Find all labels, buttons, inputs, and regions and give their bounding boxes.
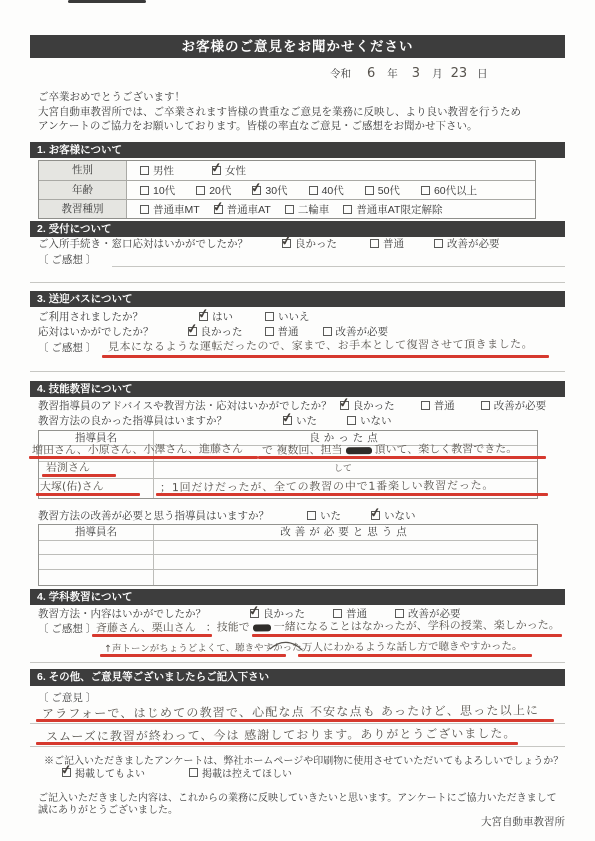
month-value: 3 (412, 66, 420, 81)
checkbox-bus-improve[interactable] (323, 327, 332, 336)
option-bus-yes[interactable]: はい (199, 309, 233, 324)
course-row: 教習種別 普通車MT 普通車AT 二輪車 普通車AT限定解除 (39, 199, 535, 218)
checkbox-reception-normal[interactable] (370, 239, 379, 248)
option-course-mt-label: 普通車MT (153, 202, 200, 217)
option-publish-no-label: 掲載は控えてほしい (202, 765, 292, 780)
checkbox-improve-instructor-yes[interactable] (307, 511, 316, 520)
other-comment-label: 〔 ご意見 〕 (38, 690, 96, 705)
improve-table-col-name: 指導員名 (39, 525, 154, 540)
academic-comment2b-handwriting: 万人にわかるような話し方で聴きやすかった。 (302, 638, 523, 655)
skill-q3-line: 教習方法の改善が必要と思う指導員はいますか？ いた いない (38, 508, 416, 523)
era-label: 令和 (330, 66, 351, 81)
checkbox-bus-normal[interactable] (265, 327, 274, 336)
checkbox-course-at[interactable] (214, 205, 223, 214)
option-good-instructor-yes[interactable]: いた (283, 413, 317, 428)
option-improve-instructor-yes-label: いた (320, 508, 341, 523)
checkbox-improve-instructor-no[interactable] (371, 511, 380, 520)
bus-service-question: 応対はいかがでしたか？ (38, 324, 154, 339)
bus-comment-label: 〔 ご感想 〕 (38, 340, 96, 355)
option-course-moto-label: 二輪車 (298, 202, 330, 217)
option-age-60s-label: 60代以上 (434, 183, 477, 198)
option-female-label: 女性 (225, 163, 246, 178)
option-age-40s-label: 40代 (322, 183, 344, 198)
good-point-suffix: 頂いて、楽しく教習できた。 (374, 442, 517, 456)
red-underline (100, 654, 286, 657)
academic-mid: ：技能で (206, 621, 250, 634)
academic-names: 斉藤さん、栗山さん (96, 621, 196, 635)
option-age-60s[interactable]: 60代以上 (421, 183, 477, 198)
option-bus-yes-label: はい (212, 309, 233, 324)
improve-instructor-table: 指導員名 改善が必要と思う点 (38, 524, 538, 586)
checkbox-male[interactable] (140, 166, 149, 175)
checkbox-age-10s[interactable] (140, 186, 149, 195)
connector-line (268, 638, 304, 652)
red-underline (36, 493, 140, 496)
checkbox-age-60s[interactable] (421, 186, 430, 195)
gender-label: 性別 (39, 161, 127, 180)
option-skill-normal-label: 普通 (434, 398, 455, 413)
option-publish-no[interactable]: 掲載は控えてほしい (189, 765, 292, 780)
option-reception-good[interactable]: 良かった (282, 236, 337, 251)
checkbox-good-instructor-no[interactable] (347, 416, 356, 425)
option-skill-good[interactable]: 良かった (340, 398, 395, 413)
checkbox-age-50s[interactable] (365, 186, 374, 195)
option-age-20s-label: 20代 (209, 183, 231, 198)
checkbox-bus-good[interactable] (188, 327, 197, 336)
section3-header: 3. 送迎バスについて (30, 291, 565, 307)
option-age-30s[interactable]: 30代 (252, 183, 287, 198)
intro-line3: アンケートのご協力をお願いしております。皆様の率直なご意見・ご感想をお聞かせ下さ… (38, 119, 521, 134)
option-age-50s[interactable]: 50代 (365, 183, 400, 198)
checkbox-skill-improve[interactable] (481, 401, 490, 410)
day-value: 23 (451, 66, 468, 81)
checkbox-academic-normal[interactable] (333, 609, 342, 618)
scan-artifact (68, 0, 146, 3)
option-bus-no[interactable]: いいえ (265, 309, 310, 324)
option-male-label: 男性 (153, 163, 174, 178)
section2-header: 2. 受付について (30, 221, 565, 237)
checkbox-age-30s[interactable] (252, 186, 261, 195)
option-course-moto[interactable]: 二輪車 (285, 202, 330, 217)
checkbox-female[interactable] (212, 166, 221, 175)
academic-comment-label: 〔 ご感想 〕 (38, 621, 96, 636)
checkbox-reception-improve[interactable] (434, 239, 443, 248)
publish-options-line: 掲載してもよい 掲載は控えてほしい (62, 765, 292, 780)
checkbox-publish-no[interactable] (189, 768, 198, 777)
option-good-instructor-yes-label: いた (296, 413, 317, 428)
option-skill-normal[interactable]: 普通 (421, 398, 455, 413)
checkbox-skill-good[interactable] (340, 401, 349, 410)
option-course-at[interactable]: 普通車AT (214, 202, 271, 217)
option-age-10s-label: 10代 (153, 183, 175, 198)
academic-rest: 一緒になることはなかったが、学科の授業、楽しかった。 (274, 618, 560, 633)
checkbox-reception-good[interactable] (282, 239, 291, 248)
skill-q1-line: 教習指導員のアドバイスや教習方法・応対はいかがでしたか？ 良かった 普通 改善が… (38, 398, 546, 413)
bus-used-question-line: ご利用されましたか？ はい いいえ (38, 309, 310, 324)
option-age-20s[interactable]: 20代 (196, 183, 231, 198)
checkbox-skill-normal[interactable] (421, 401, 430, 410)
good-point-prefix: で 複数回、担当 (262, 443, 343, 457)
red-underline (42, 474, 116, 477)
date-line: 令和 6 年 3 月 23 日 (330, 66, 488, 81)
intro-paragraph: ご卒業おめでとうございます！ 大宮自動車教習所では、ご卒業されます皆様の貴重なご… (38, 90, 521, 134)
option-male[interactable]: 男性 (140, 163, 174, 178)
section1-header: 1. お客様について (30, 142, 565, 158)
section4-header: 4. 技能教習について (30, 381, 565, 397)
month-label: 月 (432, 66, 443, 81)
option-age-30s-label: 30代 (265, 183, 287, 198)
intro-line2: 大宮自動車教習所では、ご卒業されます皆様の貴重なご意見を業務に反映し、より良い教… (38, 105, 521, 120)
reception-comment-line[interactable] (112, 266, 565, 267)
option-skill-improve[interactable]: 改善が必要 (481, 398, 547, 413)
improve-table-row1[interactable] (39, 540, 537, 554)
checkbox-course-at-limited[interactable] (343, 205, 352, 214)
option-skill-good-label: 良かった (353, 398, 395, 413)
checkbox-bus-yes[interactable] (199, 312, 208, 321)
age-label: 年齢 (39, 181, 127, 199)
option-reception-improve-label: 改善が必要 (447, 236, 500, 251)
checkbox-bus-no[interactable] (265, 312, 274, 321)
year-value: 6 (367, 66, 375, 81)
skill-q2-line: 教習方法の良かった指導員はいますか？ いた いない (38, 413, 392, 428)
red-underline (298, 654, 532, 657)
improve-table-row3[interactable] (39, 569, 537, 585)
school-signature: 大宮自動車教習所 (430, 814, 565, 829)
red-underline (156, 493, 548, 496)
option-course-at-limited-label: 普通車AT限定解除 (356, 202, 442, 217)
survey-form-page: お客様のご意見をお聞かせください 令和 6 年 3 月 23 日 ご卒業おめでと… (0, 0, 595, 841)
customer-info-table: 性別 男性 女性 年齢 10代 20代 30代 40代 50代 60代以上 教習… (38, 160, 536, 219)
footer-line2: 誠にありがとうございました。 (38, 801, 178, 816)
instructor-name3-handwriting: 大塚(佑)さん (40, 478, 104, 494)
option-reception-improve[interactable]: 改善が必要 (434, 236, 500, 251)
option-reception-normal[interactable]: 普通 (370, 236, 404, 251)
reception-comment-label: 〔 ご感想 〕 (38, 252, 96, 267)
option-course-mt[interactable]: 普通車MT (140, 202, 200, 217)
bus-comment-handwriting: 見本になるような運転だったので、家まで、お手本として復習させて頂きました。 (108, 336, 533, 355)
red-underline (36, 742, 518, 745)
red-underline (252, 634, 562, 637)
improve-table-row2[interactable] (39, 554, 537, 569)
course-label: 教習種別 (39, 200, 127, 218)
red-underline (102, 355, 549, 358)
option-female[interactable]: 女性 (212, 163, 246, 178)
bus-comment-line2[interactable] (30, 371, 565, 372)
improve-table-col-point: 改善が必要と思う点 (154, 525, 537, 540)
checkbox-good-instructor-yes[interactable] (283, 416, 292, 425)
other-ruled-line2 (30, 746, 565, 747)
option-good-instructor-no-label: いない (360, 413, 392, 428)
red-underline (92, 634, 212, 637)
bus-used-question: ご利用されましたか？ (38, 309, 143, 324)
checkbox-academic-good[interactable] (250, 609, 259, 618)
academic-comment-line[interactable] (30, 662, 565, 663)
reception-question: ご入所手続き・窓口応対はいかがでしたか？ (38, 236, 248, 251)
option-course-at-limited[interactable]: 普通車AT限定解除 (343, 202, 442, 217)
year-label: 年 (387, 66, 398, 81)
instructor-name2-handwriting: 岩渕さん (46, 459, 90, 475)
checkbox-age-40s[interactable] (309, 186, 318, 195)
scribbled-out-word (345, 447, 371, 454)
option-reception-good-label: 良かった (295, 236, 337, 251)
option-publish-ok-label: 掲載してもよい (75, 765, 145, 780)
red-underline (36, 719, 554, 722)
option-course-at-label: 普通車AT (227, 202, 271, 217)
skill-q2: 教習方法の良かった指導員はいますか？ (38, 413, 227, 428)
option-age-40s[interactable]: 40代 (309, 183, 344, 198)
intro-line1: ご卒業おめでとうございます！ (38, 90, 521, 105)
age-row: 年齢 10代 20代 30代 40代 50代 60代以上 (39, 180, 535, 199)
day-label: 日 (477, 66, 488, 81)
option-reception-normal-label: 普通 (383, 236, 404, 251)
section6-header: 6. その他、ご意見等ございましたらご記入下さい (30, 669, 565, 686)
checkbox-publish-ok[interactable] (62, 768, 71, 777)
option-good-instructor-no[interactable]: いない (347, 413, 392, 428)
form-title: お客様のご意見をお聞かせください (30, 35, 565, 58)
reception-question-line: ご入所手続き・窓口応対はいかがでしたか？ 良かった 普通 改善が必要 (38, 236, 500, 251)
option-age-50s-label: 50代 (378, 183, 400, 198)
option-improve-instructor-no-label: いない (384, 508, 416, 523)
scribbled-out-word (253, 624, 271, 631)
option-improve-instructor-no[interactable]: いない (371, 508, 416, 523)
improve-table-header: 指導員名 改善が必要と思う点 (39, 525, 537, 540)
reception-comment-line2[interactable] (30, 282, 565, 283)
red-underline (258, 456, 546, 459)
academic-comment1-handwriting: 斉藤さん、栗山さん：技能で一緒になることはなかったが、学科の授業、楽しかった。 (96, 616, 560, 635)
option-improve-instructor-yes[interactable]: いた (307, 508, 341, 523)
option-skill-improve-label: 改善が必要 (494, 398, 547, 413)
checkbox-age-20s[interactable] (196, 186, 205, 195)
option-bus-no-label: いいえ (278, 309, 310, 324)
option-age-10s[interactable]: 10代 (140, 183, 175, 198)
option-publish-ok[interactable]: 掲載してもよい (62, 765, 145, 780)
insertion-handwriting: して (334, 461, 352, 474)
gender-row: 性別 男性 女性 (39, 161, 535, 180)
skill-q3: 教習方法の改善が必要と思う指導員はいますか？ (38, 508, 269, 523)
checkbox-course-mt[interactable] (140, 205, 149, 214)
section5-header: 4. 学科教習について (30, 589, 565, 605)
checkbox-course-moto[interactable] (285, 205, 294, 214)
